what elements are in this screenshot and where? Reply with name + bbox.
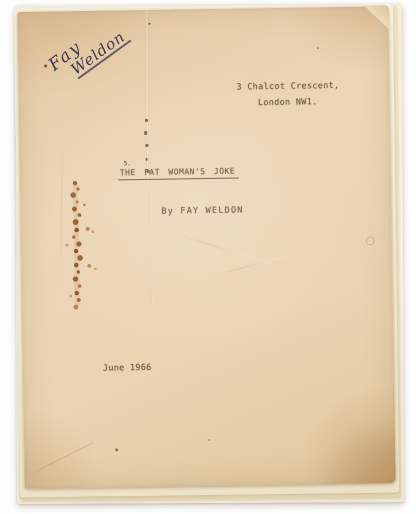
handwritten-author-name: Fay Weldon	[45, 13, 132, 87]
rust-stain	[54, 174, 106, 315]
title-page: Fay Weldon 3 Chalcot Crescent, London NW…	[17, 6, 395, 489]
fold-crease-bottom-left	[36, 442, 105, 495]
wrinkle-line	[213, 252, 300, 277]
bleed-mark	[145, 144, 148, 147]
bleed-mark	[146, 158, 148, 161]
curled-corner-bottom-right	[315, 419, 396, 484]
vertical-crease-lower	[149, 186, 153, 306]
foxing-speck	[208, 439, 210, 441]
foxing-speck	[148, 23, 150, 25]
bleed-mark	[144, 131, 147, 135]
address-line-1: 3 Chalcot Crescent,	[236, 78, 338, 96]
typed-title: THE FAT WOMAN'S JOKE	[118, 166, 240, 180]
typed-byline: By FAY WELDON	[161, 205, 243, 216]
foxing-speck	[115, 448, 118, 451]
manuscript-photo: Fay Weldon 3 Chalcot Crescent, London NW…	[0, 0, 416, 514]
address-line-2: London NW1.	[237, 94, 339, 112]
foxing-speck	[44, 64, 47, 67]
bleed-mark	[145, 119, 148, 122]
annotation-mark: 5.	[124, 160, 131, 167]
typed-address: 3 Chalcot Crescent, London NW1.	[236, 78, 338, 112]
foxing-speck	[317, 47, 319, 49]
typed-date: June 1966	[103, 363, 152, 374]
ring-stain	[366, 236, 375, 245]
bent-corner-top-right	[361, 5, 389, 31]
